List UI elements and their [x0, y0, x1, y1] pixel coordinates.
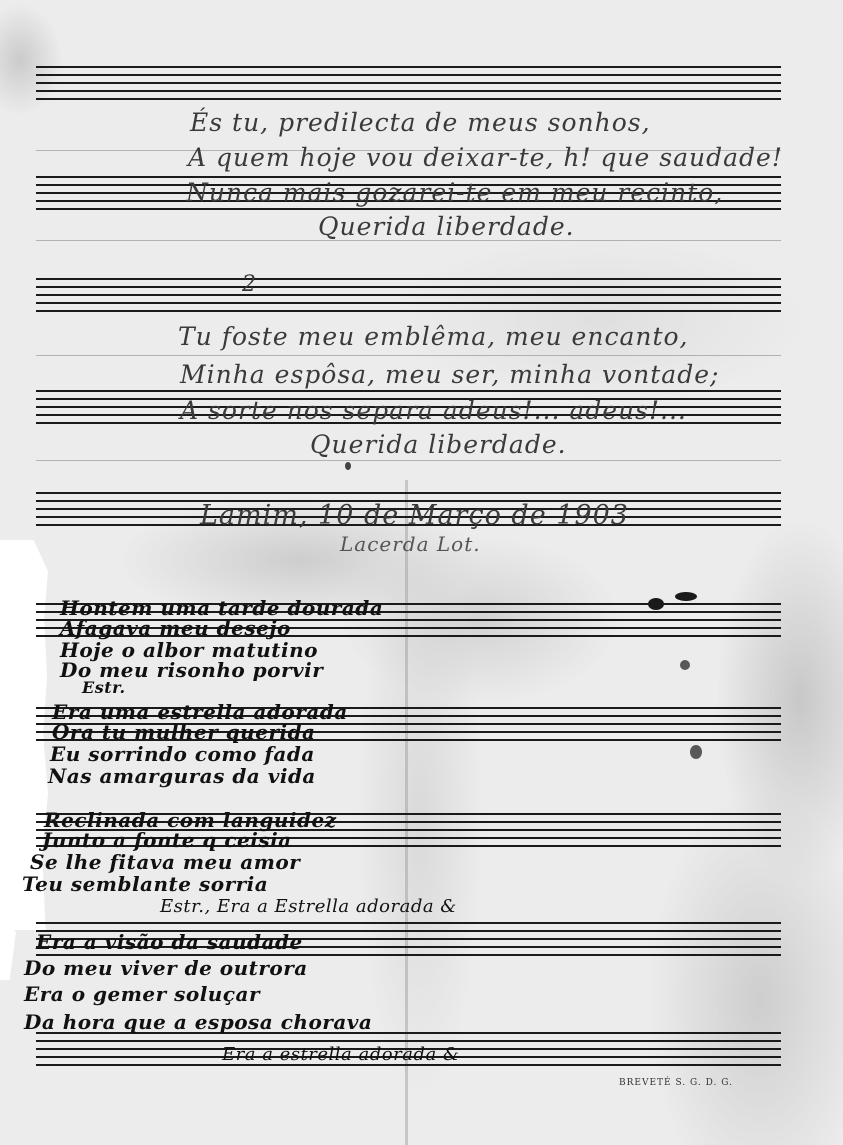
poem-line: Nas amarguras da vida: [48, 764, 316, 788]
poem-line: Se lhe fitava meu amor: [30, 850, 300, 874]
poem-line: Eu sorrindo como fada: [50, 742, 315, 766]
poem-line: Era a visão da saudade: [36, 930, 303, 954]
music-staff-3: [36, 278, 781, 312]
ink-blot: [648, 598, 664, 610]
poem-line: És tu, predilecta de meus sonhos,: [190, 108, 651, 137]
poem-line: Era o gemer soluçar: [24, 982, 260, 1006]
poem-line: A sorte nos separa adeus!... adeus!...: [180, 396, 687, 425]
author-signature: Lacerda Lot.: [340, 532, 481, 556]
poem-line: Afagava meu desejo: [60, 616, 291, 640]
closing-refrain: Era a estrella adorada &: [222, 1044, 459, 1065]
place-and-date: Lamim, 10 de Março de 1903: [200, 500, 629, 531]
stanza-number: 2: [242, 272, 257, 297]
poem-line: Teu semblante sorria: [22, 872, 268, 896]
refrain-line: Estr., Era a Estrella adorada &: [160, 896, 457, 917]
poem-refrain: Querida liberdade.: [318, 212, 575, 241]
ink-blot: [680, 660, 690, 670]
ink-blot: [690, 745, 702, 759]
music-staff-1: [36, 66, 781, 100]
ruled-line: [36, 355, 781, 356]
poem-line: Da hora que a esposa chorava: [24, 1010, 372, 1034]
poem-line: Junto a fonte q ceisia: [42, 828, 292, 852]
ink-blot: [675, 592, 697, 601]
printed-mark: BREVETÉ S. G. D. G.: [619, 1078, 733, 1088]
poem-line: Do meu viver de outrora: [24, 956, 308, 980]
refrain-label: Estr.: [82, 678, 126, 697]
poem-line: Nunca mais gozarei-te em meu recinto,: [186, 178, 723, 207]
poem-line: Ora tu mulher querida: [52, 720, 316, 744]
poem-line: A quem hoje vou deixar-te, h! que saudad…: [188, 143, 783, 172]
poem-line: Tu foste meu emblêma, meu encanto,: [178, 322, 689, 351]
poem-refrain: Querida liberdade.: [310, 430, 567, 459]
poem-line: Minha espôsa, meu ser, minha vontade;: [180, 360, 719, 389]
ink-blot: [345, 462, 351, 470]
ruled-line: [36, 460, 781, 461]
